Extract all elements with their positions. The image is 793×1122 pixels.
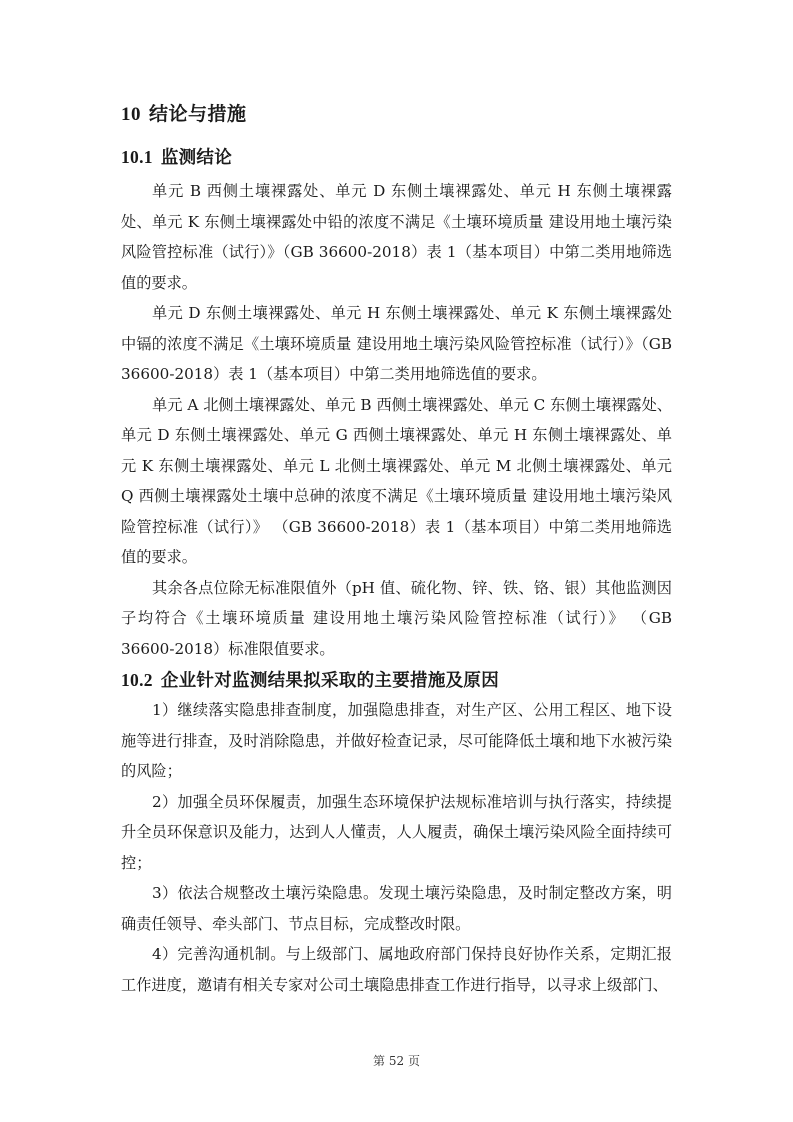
section-number: 10.2	[121, 670, 153, 690]
conclusion-paragraph-lead: 单元 B 西侧土壤裸露处、单元 D 东侧土壤裸露处、单元 H 东侧土壤裸露处、单…	[121, 176, 672, 298]
chapter-heading: 10结论与措施	[121, 100, 672, 129]
conclusion-paragraph-arsenic: 单元 A 北侧土壤裸露处、单元 B 西侧土壤裸露处、单元 C 东侧土壤裸露处、单…	[121, 390, 672, 573]
chapter-number: 10	[121, 104, 141, 125]
section-heading-monitoring-conclusion: 10.1监测结论	[121, 143, 672, 172]
measure-item-4: 4）完善沟通机制。与上级部门、属地政府部门保持良好协作关系，定期汇报工作进度，邀…	[121, 939, 672, 1000]
page-number: 第 52 页	[0, 1052, 793, 1069]
section-heading-measures: 10.2企业针对监测结果拟采取的主要措施及原因	[121, 666, 672, 695]
chapter-title: 结论与措施	[149, 103, 247, 125]
measure-item-3: 3）依法合规整改土壤污染隐患。发现土壤污染隐患，及时制定整改方案，明确责任领导、…	[121, 878, 672, 939]
document-page: 10结论与措施 10.1监测结论 单元 B 西侧土壤裸露处、单元 D 东侧土壤裸…	[121, 100, 672, 1000]
measure-item-2: 2）加强全员环保履责，加强生态环境保护法规标准培训与执行落实，持续提升全员环保意…	[121, 787, 672, 879]
measure-item-1: 1）继续落实隐患排查制度，加强隐患排查，对生产区、公用工程区、地下设施等进行排查…	[121, 695, 672, 787]
conclusion-paragraph-others: 其余各点位除无标准限值外（pH 值、硫化物、锌、铁、铬、银）其他监测因子均符合《…	[121, 573, 672, 665]
section-number: 10.1	[121, 147, 153, 167]
section-title: 企业针对监测结果拟采取的主要措施及原因	[161, 671, 499, 691]
conclusion-paragraph-cadmium: 单元 D 东侧土壤裸露处、单元 H 东侧土壤裸露处、单元 K 东侧土壤裸露处中镉…	[121, 298, 672, 390]
section-title: 监测结论	[161, 148, 232, 168]
